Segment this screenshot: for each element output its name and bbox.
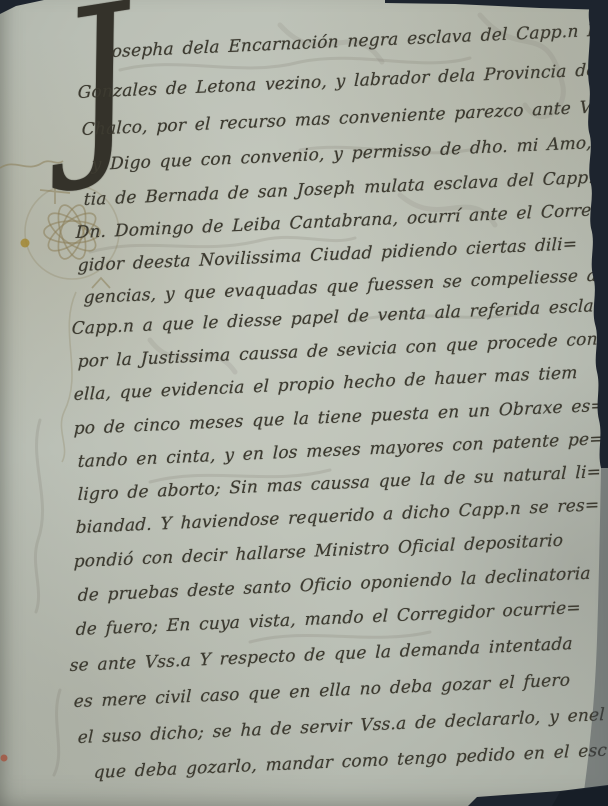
- manuscript-photo: J osepha dela Encarnación negra esclava …: [0, 0, 608, 806]
